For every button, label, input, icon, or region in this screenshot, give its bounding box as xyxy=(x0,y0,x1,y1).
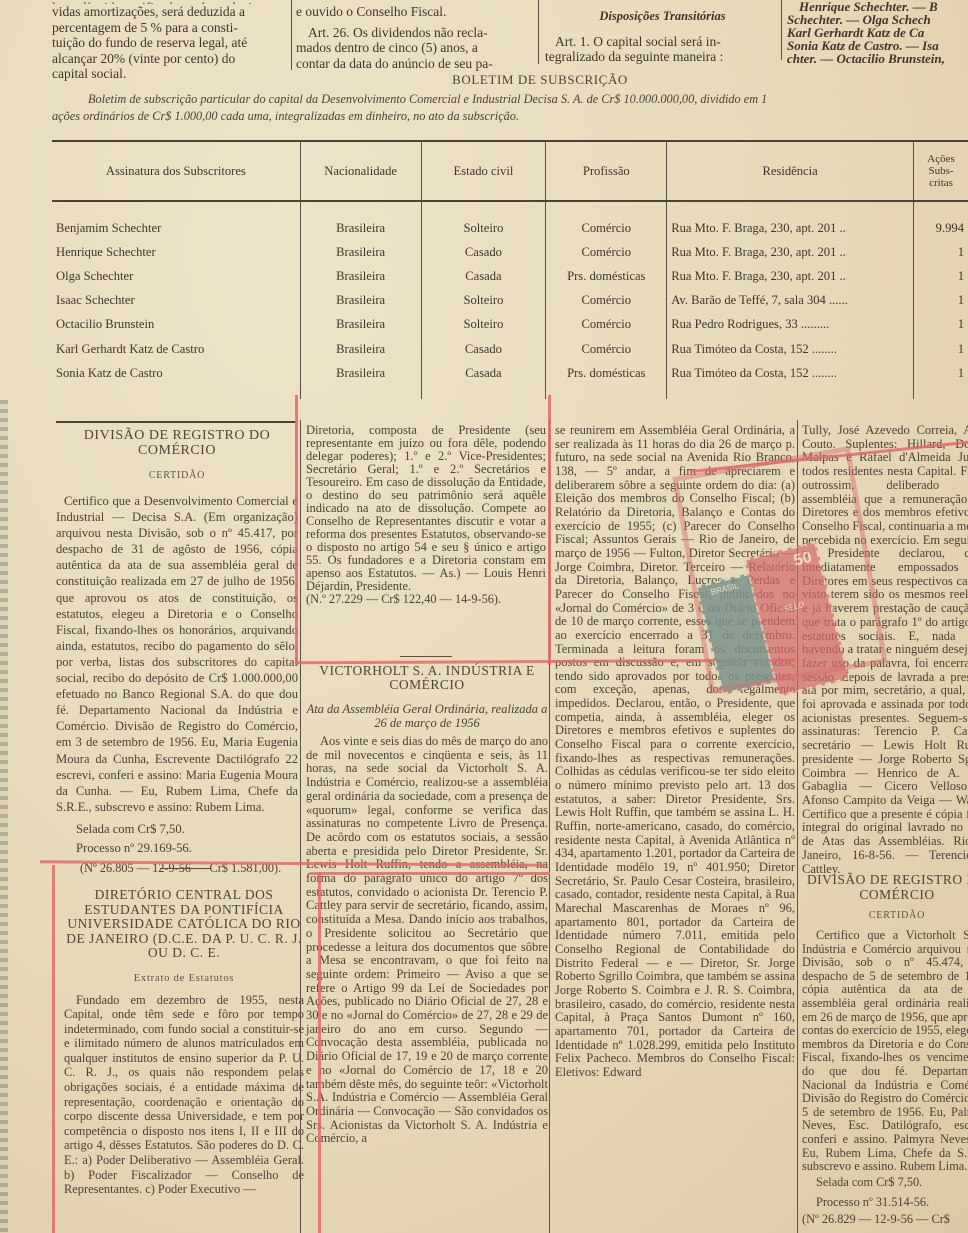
boletim-intro-2: ações ordinários de Cr$ 1.000,00 cada um… xyxy=(52,109,952,124)
table-row: Karl Gerhardt Katz de Castro Brasileira … xyxy=(52,337,968,361)
civil-status: Solteiro xyxy=(421,313,546,337)
text-line: mados dentro de cinco (5) anos, a xyxy=(296,40,536,56)
civil-status: Casada xyxy=(421,264,546,288)
subscriber-name: Henrique Schechter xyxy=(52,240,300,264)
divisao-registro-2: DIVISÃO DE REGISTRO DO COMÉRCIO CERTIDÃO… xyxy=(802,872,968,1227)
article-title: VICTORHOLT S. A. INDÚSTRIA E COMÉRCIO xyxy=(306,664,548,692)
spacer-row xyxy=(52,201,968,216)
table-row: Benjamim Schechter Brasileira Solteiro C… xyxy=(52,216,968,240)
article-subtitle: Ata da Assembléia Geral Ordinária, reali… xyxy=(306,702,548,730)
article-title: DIVISÃO DE REGISTRO DO COMÉRCIO xyxy=(56,428,298,458)
processo-line: Processo nº 29.169-56. xyxy=(56,840,298,856)
shares: 1 xyxy=(914,264,968,288)
table-header-row: Assinatura dos Subscritores Nacionalidad… xyxy=(52,141,968,201)
article-body: Certifico que a Desenvolvimento Comercia… xyxy=(56,493,298,815)
article-body: Certifico que a Victorholt S. A. Indústr… xyxy=(802,929,968,1174)
text-line: alcançar 20% (vinte por cento) do xyxy=(52,51,288,67)
boletim-title: BOLETIM DE SUBSCRIÇÃO xyxy=(440,72,640,88)
article-subtitle: CERTIDÃO xyxy=(802,910,968,921)
section-rule xyxy=(56,421,296,423)
shares: 1 xyxy=(914,337,968,361)
text-line: e ouvido o Conselho Fiscal. xyxy=(296,4,536,20)
subscription-table: Assinatura dos Subscritores Nacionalidad… xyxy=(52,140,968,399)
divisao-registro-1: DIVISÃO DE REGISTRO DO COMÉRCIO CERTIDÃO… xyxy=(56,428,298,876)
selada-line: Selada com Cr$ 7,50. xyxy=(802,1174,968,1190)
shares: 1 xyxy=(914,361,968,385)
subscriber-name: Olga Schechter xyxy=(52,264,300,288)
article-subtitle: Extrato de Estatutos xyxy=(64,973,304,984)
nationality: Brasileira xyxy=(300,289,421,313)
text-line: tegralizado da seguinte maneira : xyxy=(545,49,780,65)
profession: Prs. domésticas xyxy=(546,361,667,385)
civil-status: Casado xyxy=(421,337,546,361)
table-row: Isaac Schechter Brasileira Solteiro Comé… xyxy=(52,289,968,313)
text-line: tuição do fundo de reserva legal, até xyxy=(52,35,288,51)
table-row: Olga Schechter Brasileira Casada Prs. do… xyxy=(52,264,968,288)
text-line: vidas amortizações, será deduzida a xyxy=(52,4,288,20)
column-divider xyxy=(538,0,539,64)
dce-article: DIRETÓRIO CENTRAL DOS ESTUDANTES DA PONT… xyxy=(64,888,304,1197)
residence: Rua Mto. F. Braga, 230, apt. 201 .. xyxy=(667,264,914,288)
binding-edge xyxy=(0,400,8,1233)
shares: 1 xyxy=(914,240,968,264)
red-pencil-line xyxy=(548,395,551,665)
nationality: Brasileira xyxy=(300,240,421,264)
residence: Av. Barão de Teffé, 7, sala 304 ...... xyxy=(667,289,914,313)
residence: Rua Timóteo da Costa, 152 ........ xyxy=(667,337,914,361)
profession: Comércio xyxy=(546,216,667,240)
nationality: Brasileira xyxy=(300,216,421,240)
reference-line: (N.º 27.229 — Cr$ 122,40 — 14-9-56). xyxy=(306,593,546,606)
top-col-1: lucro líquido verificado, após as devi- … xyxy=(52,0,288,82)
red-pencil-line xyxy=(52,865,55,1233)
article-body: Diretoria, composta de Presidente (seu r… xyxy=(306,424,546,593)
article-body: Fundado em dezembro de 1955, nesta Capit… xyxy=(64,993,304,1197)
profession: Comércio xyxy=(546,337,667,361)
red-pencil-line xyxy=(295,395,298,665)
text-line: Art. 1. O capital social será in- xyxy=(545,34,780,50)
dce-continuation: Diretoria, composta de Presidente (seu r… xyxy=(306,424,546,606)
processo-line: Processo nº 31.514-56. xyxy=(802,1194,968,1210)
residence: Rua Pedro Rodrigues, 33 ......... xyxy=(667,313,914,337)
selada-line: Selada com Cr$ 7,50. xyxy=(56,821,298,837)
shares: 9.994 xyxy=(914,216,968,240)
nationality: Brasileira xyxy=(300,313,421,337)
short-rule xyxy=(160,868,210,869)
profession: Comércio xyxy=(546,313,667,337)
col-header-nationality: Nacionalidade xyxy=(300,141,421,201)
col-header-signature: Assinatura dos Subscritores xyxy=(52,141,300,201)
nationality: Brasileira xyxy=(300,264,421,288)
nationality: Brasileira xyxy=(300,337,421,361)
red-pencil-line xyxy=(318,872,321,1233)
text-line: Art. 26. Os dividendos não recla- xyxy=(296,25,536,41)
col-header-residence: Residência xyxy=(667,141,914,201)
article-subtitle: CERTIDÃO xyxy=(56,470,298,481)
article-title: DIRETÓRIO CENTRAL DOS ESTUDANTES DA PONT… xyxy=(64,888,304,961)
table-row: Octacilio Brunstein Brasileira Solteiro … xyxy=(52,313,968,337)
subscriber-name: Benjamim Schechter xyxy=(52,216,300,240)
shares: 1 xyxy=(914,313,968,337)
civil-status: Solteiro xyxy=(421,216,546,240)
top-col-3: Disposições Transitórias Art. 1. O capit… xyxy=(545,9,780,65)
subscriber-name: Octacilio Brunstein xyxy=(52,313,300,337)
civil-status: Casado xyxy=(421,240,546,264)
top-col-2: e ouvido o Conselho Fiscal. Art. 26. Os … xyxy=(296,4,536,71)
table-row: Henrique Schechter Brasileira Casado Com… xyxy=(52,240,968,264)
newspaper-page: lucro líquido verificado, após as devi- … xyxy=(0,0,968,1233)
column-divider xyxy=(291,0,292,70)
subscriber-name: Isaac Schechter xyxy=(52,289,300,313)
table-row: Sonia Katz de Castro Brasileira Casada P… xyxy=(52,361,968,385)
text-line: capital social. xyxy=(52,66,288,82)
subscriber-name: Sonia Katz de Castro xyxy=(52,361,300,385)
col-header-civil-status: Estado civil xyxy=(421,141,546,201)
civil-status: Casada xyxy=(421,361,546,385)
cancellation-mark xyxy=(672,446,887,694)
column-divider xyxy=(300,420,301,1233)
text-line: chter. — Octacilio Brunstein, xyxy=(787,52,968,65)
spacer-row xyxy=(52,385,968,399)
profession: Comércio xyxy=(546,240,667,264)
profession: Comércio xyxy=(546,289,667,313)
short-rule xyxy=(400,656,452,657)
reference-line: (Nº 26.829 — 12-9-56 — Cr$ xyxy=(802,1211,968,1227)
profession: Prs. domésticas xyxy=(546,264,667,288)
civil-status: Solteiro xyxy=(421,289,546,313)
boletim-intro-1: Boletim de subscrição particular do capi… xyxy=(88,92,968,107)
text-line: contar da data do anúncio de seu pa- xyxy=(296,56,536,72)
article-body: Aos vinte e seis dias do mês de março do… xyxy=(306,735,548,1146)
column-divider xyxy=(781,0,782,60)
text-line: percentagem de 5 % para a consti- xyxy=(52,20,288,36)
top-col-4: Henrique Schechter. — B Schechter. — Olg… xyxy=(787,0,968,65)
section-heading: Disposições Transitórias xyxy=(545,9,780,25)
subscriber-name: Karl Gerhardt Katz de Castro xyxy=(52,337,300,361)
col-header-shares: Ações Subs-critas xyxy=(914,141,968,201)
shares: 1 xyxy=(914,289,968,313)
residence: Rua Mto. F. Braga, 230, apt. 201 .. xyxy=(667,240,914,264)
nationality: Brasileira xyxy=(300,361,421,385)
article-title: DIVISÃO DE REGISTRO DO COMÉRCIO xyxy=(802,872,968,902)
residence: Rua Mto. F. Braga, 230, apt. 201 .. xyxy=(667,216,914,240)
col-header-profession: Profissão xyxy=(546,141,667,201)
residence: Rua Timóteo da Costa, 152 ........ xyxy=(667,361,914,385)
red-pencil-line xyxy=(310,872,550,875)
victorholt-article: VICTORHOLT S. A. INDÚSTRIA E COMÉRCIO At… xyxy=(306,664,548,1146)
